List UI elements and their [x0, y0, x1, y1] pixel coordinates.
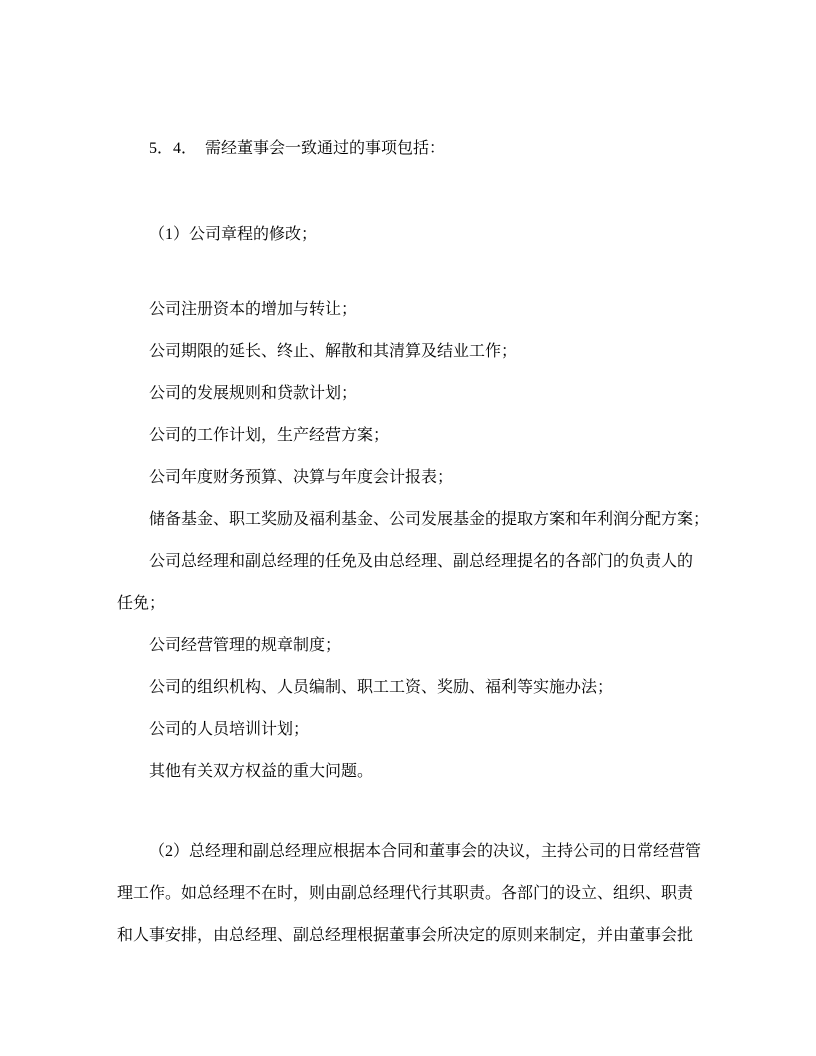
item-2-paragraph-line: 理工作。如总经理不在时，则由副总经理代行其职责。各部门的设立、组织、职责: [117, 873, 699, 915]
item-2-paragraph-line: 和人事安排，由总经理、副总经理根据董事会所决定的原则来制定，并由董事会批: [117, 915, 699, 957]
list-item-line: 公司期限的延长、终止、解散和其清算及结业工作；: [117, 331, 699, 373]
list-item-line: 公司经营管理的规章制度；: [117, 625, 699, 667]
list-item-line: 公司的发展规则和贷款计划；: [117, 373, 699, 415]
list-item-line: 公司的组织机构、人员编制、职工工资、奖励、福利等实施办法；: [117, 667, 699, 709]
item-2-paragraph-line: （2）总经理和副总经理应根据本合同和董事会的决议，主持公司的日常经营管: [117, 831, 699, 873]
document-body: 5．4． 需经董事会一致通过的事项包括： （1）公司章程的修改； 公司注册资本的…: [117, 128, 699, 957]
item-1-line: （1）公司章程的修改；: [117, 214, 699, 256]
document-page: 5．4． 需经董事会一致通过的事项包括： （1）公司章程的修改； 公司注册资本的…: [0, 0, 816, 1056]
list-item-continuation-line: 任免；: [117, 583, 699, 625]
list-item-line: 其他有关双方权益的重大问题。: [117, 751, 699, 793]
list-item-line: 公司的人员培训计划；: [117, 709, 699, 751]
list-item-line: 公司年度财务预算、决算与年度会计报表；: [117, 457, 699, 499]
list-item-line: 公司注册资本的增加与转让；: [117, 289, 699, 331]
list-item-line: 公司的工作计划，生产经营方案；: [117, 415, 699, 457]
list-item-line: 公司总经理和副总经理的任免及由总经理、副总经理提名的各部门的负责人的: [117, 541, 699, 583]
list-item-line: 储备基金、职工奖励及福利基金、公司发展基金的提取方案和年利润分配方案；: [117, 499, 699, 541]
section-heading-line: 5．4． 需经董事会一致通过的事项包括：: [117, 128, 699, 170]
